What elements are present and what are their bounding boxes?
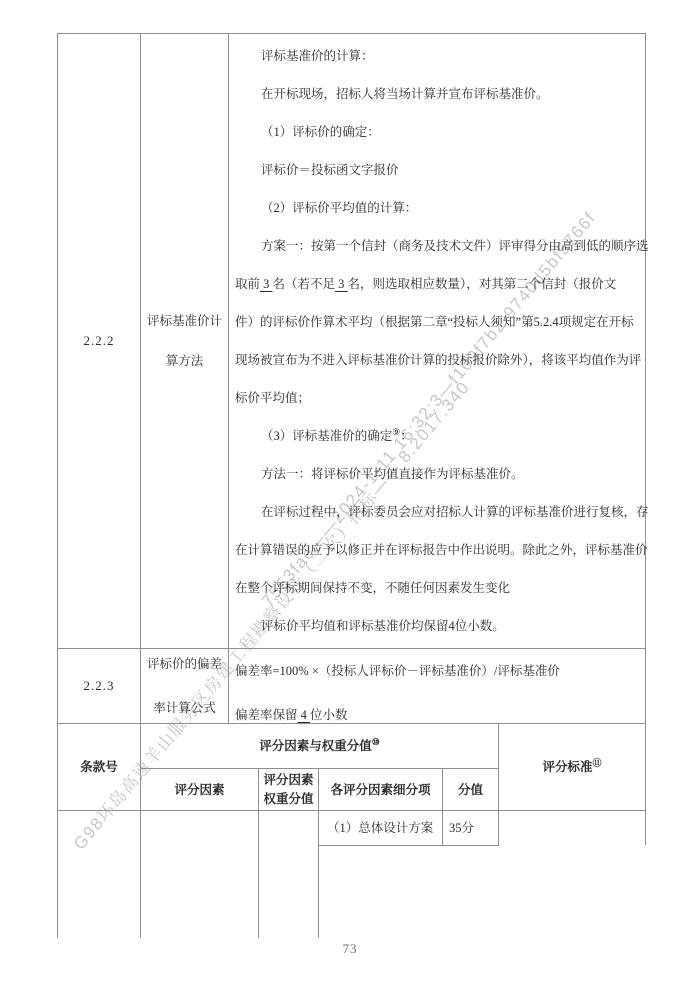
clause-title-2-2-3: 评标价的偏差率计算公式: [141, 649, 228, 723]
score-row-subitem: （1）总体设计方案: [319, 811, 442, 845]
text-line: 评标价＝投标函文字报价: [235, 151, 639, 189]
text-line: 现场被宣布为不进入评标基准价计算的投标报价除外），将该平均值作为评: [235, 341, 639, 379]
text-line: 评分因素与权重分值⑩: [259, 738, 380, 754]
document-page: G98环岛高速羊山服务区房建工程勘察设计（二次）招标—— 8.2017.340 …: [0, 0, 700, 990]
text-line: 件）的评标价作算术平均（根据第二章“投标人须知”第5.2.4项规定在开标: [235, 303, 639, 341]
grid-line-h-subrow: [318, 845, 499, 846]
subheader-score: 分值: [443, 769, 498, 810]
text-line: （3）评标基准价的确定⑨：: [235, 417, 639, 455]
score-table-criteria-header: 评分标准⑪: [499, 724, 645, 810]
clause-content-2-2-2: 评标基准价的计算：在开标现场，招标人将当场计算并宣布评标基准价。（1）评标价的确…: [229, 34, 645, 648]
clause-title-lines: 评标基准价计算方法: [147, 301, 222, 381]
text-line: 标价平均值；: [235, 379, 639, 417]
score-row-score: 35分: [443, 811, 498, 845]
subheader-subitem: 各评分因素细分项: [319, 769, 442, 810]
clause-content-2-2-3: 偏差率=100% ×（投标人评标价－评标基准价）/评标基准价偏差率保留 4 位小…: [229, 649, 645, 723]
page-number: 73: [0, 941, 700, 957]
text-line: 在开标现场，招标人将当场计算并宣布评标基准价。: [235, 75, 639, 113]
clause-title-lines: 评标价的偏差率计算公式: [147, 642, 222, 730]
clause-title-2-2-2: 评标基准价计算方法: [141, 34, 228, 648]
text-line: 评标价平均值和评标基准价均保留4位小数。: [235, 607, 639, 645]
text-line: （2）评标价平均值的计算：: [235, 189, 639, 227]
score-table-group-header: 评分因素与权重分值⑩: [141, 724, 498, 768]
text-line: 评标基准价的计算：: [235, 37, 639, 75]
text-line: 评标基准价计: [147, 301, 222, 341]
text-line: 评分因素: [263, 771, 313, 790]
text-line: 评标价的偏差: [147, 642, 222, 686]
text-line: 方案一：按第一个信封（商务及技术文件）评审得分由高到低的顺序选: [235, 227, 639, 265]
text-line: 评分标准⑪: [542, 759, 601, 775]
text-line: 在计算错误的应予以修正并在评标报告中作出说明。除此之外，评标基准价: [235, 531, 639, 569]
text-line: 偏差率=100% ×（投标人评标价－评标基准价）/评标基准价: [235, 649, 645, 693]
text-line: 在评标过程中，评标委员会应对招标人计算的评标基准价进行复核，存: [235, 493, 639, 531]
subheader-factor: 评分因素: [141, 769, 258, 810]
text-line: 在整个评标期间保持不变，不随任何因素发生变化: [235, 569, 639, 607]
clause-number-2-2-3: 2.2.3: [58, 649, 140, 723]
text-line: （1）评标价的确定：: [235, 113, 639, 151]
criteria-header-lines: 评分标准⑪: [542, 759, 601, 775]
score-table-clause-header: 条款号: [58, 724, 140, 810]
text-line: 权重分值: [263, 790, 313, 809]
text-line: 方法一：将评标价平均值直接作为评标基准价。: [235, 455, 639, 493]
text-line: 取前 3 名（若不足 3 名，则选取相应数量），对其第二个信封（报价文: [235, 265, 639, 303]
subheader-weight: 评分因素权重分值: [259, 769, 318, 810]
clause-number-2-2-2: 2.2.2: [58, 34, 140, 648]
group-header-lines: 评分因素与权重分值⑩: [259, 738, 380, 754]
subheader-weight-lines: 评分因素权重分值: [263, 771, 313, 809]
text-line: 算方法: [147, 341, 222, 381]
